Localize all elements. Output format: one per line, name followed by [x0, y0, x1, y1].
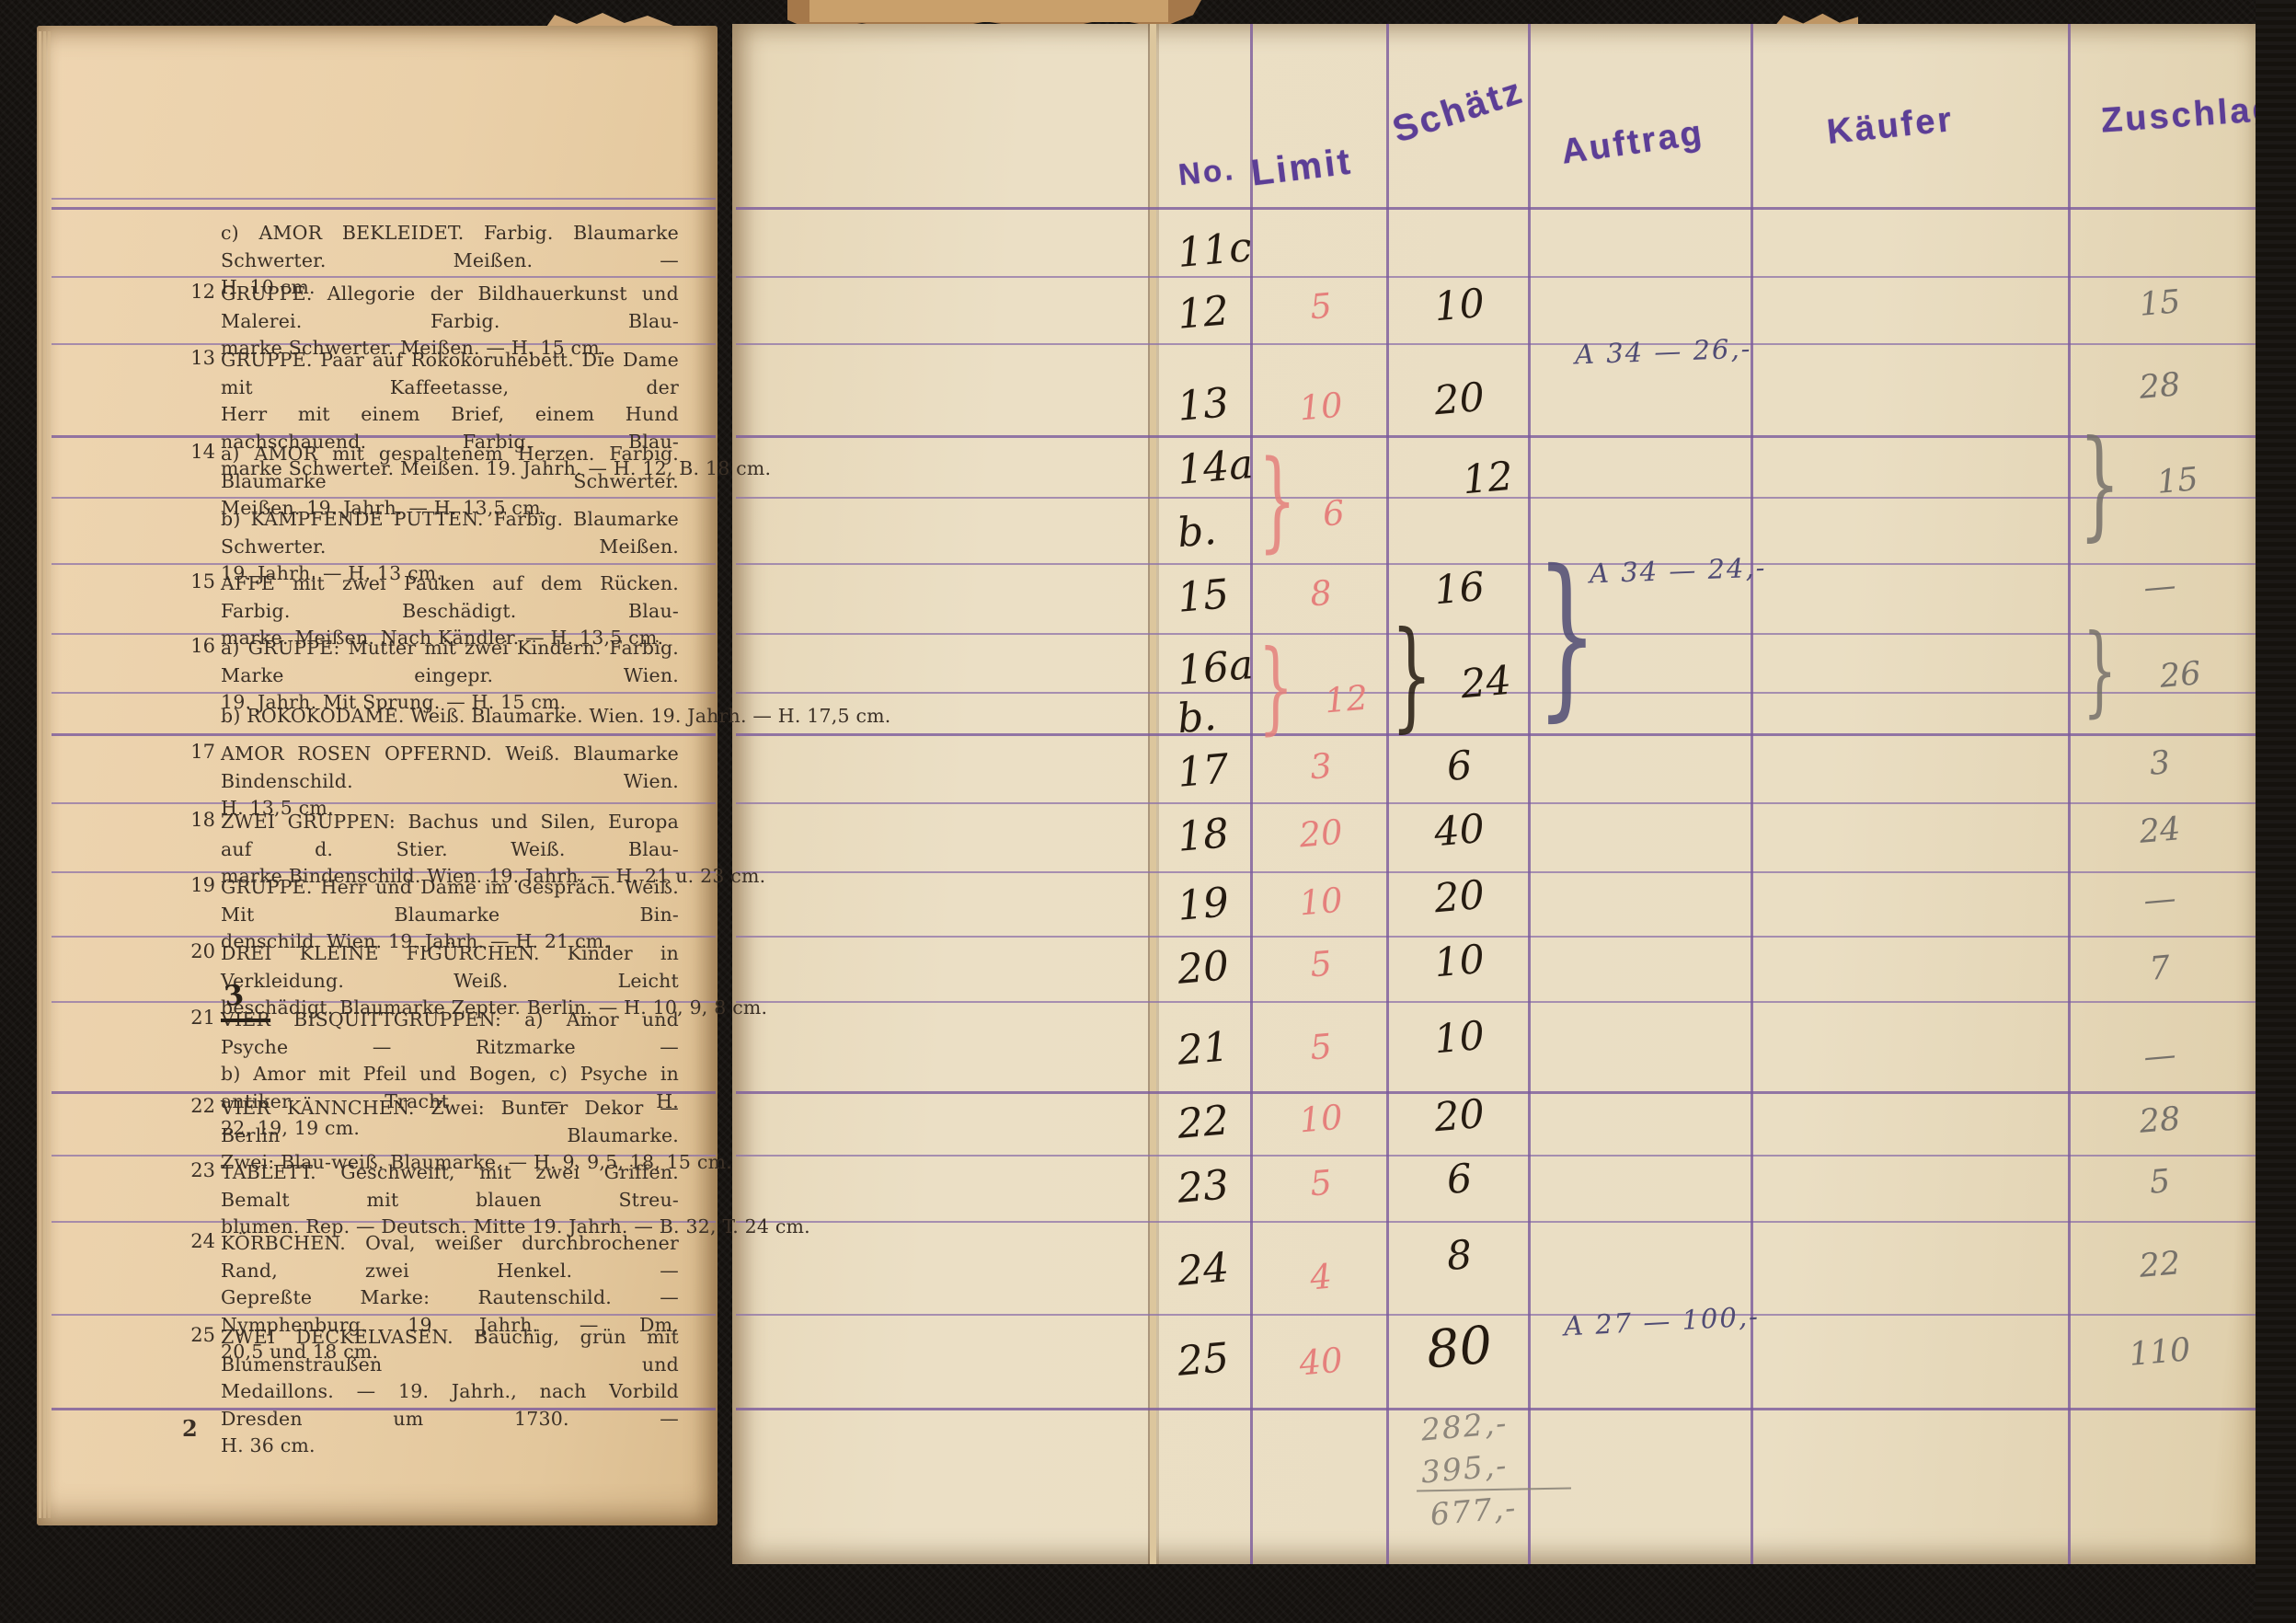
row-no: 13 — [1176, 379, 1231, 431]
group-brace: } — [2083, 622, 2117, 720]
binding-cloth — [2256, 0, 2296, 1623]
catalog-entry-number: 18 — [180, 809, 215, 831]
catalog-entry-line: GRUPPE. Allegorie der Bildhauerkunst und… — [221, 281, 679, 308]
catalog-entry-line: ZWEI GRUPPEN: Bachus und Silen, Europa a… — [221, 809, 679, 836]
catalog-entry-line: b) KÄMPFENDE PUTTEN. Farbig. Blaumarke S… — [221, 506, 679, 534]
catalog-entry-number: 17 — [180, 741, 215, 763]
catalog-entry-number: 25 — [180, 1324, 215, 1346]
row-no: 15 — [1176, 570, 1231, 622]
group-zuschlag: 15 — [2155, 461, 2199, 501]
ruled-line — [52, 198, 716, 200]
catalog-entry: 19GRUPPE. Herr und Dame im Gespräch. Wei… — [221, 874, 679, 928]
catalog-entry-line: KÖRBCHEN. Oval, weißer durchbrochener Ra… — [221, 1230, 679, 1258]
group-limit: 6 — [1321, 493, 1346, 535]
catalog-entry-line: c) AMOR BEKLEIDET. Farbig. Blaumarke Sch… — [221, 220, 679, 247]
column-line — [1751, 24, 1753, 1564]
ruled-line — [736, 1001, 2256, 1003]
catalog-entry: 20DREI KLEINE FIGÜRCHEN. Kinder in Verkl… — [221, 940, 679, 995]
group-brace: } — [1391, 616, 1432, 735]
catalog-entry-line: Herr mit einem Brief, einem Hund nachsch… — [221, 401, 679, 429]
catalog-entry-line: GRUPPE. Paar auf Rokokoruhebett. Die Dam… — [221, 347, 679, 374]
catalog-entry: 25ZWEI DECKELVASEN. Bauchig, grün mit Bl… — [221, 1324, 679, 1406]
catalog-entry: 22VIER KÄNNCHEN. Zwei: Bunter Dekor — Be… — [221, 1095, 679, 1149]
group-limit: 12 — [1323, 678, 1370, 721]
catalog-entry-line: ZWEI DECKELVASEN. Bauchig, grün mit Blum… — [221, 1324, 679, 1352]
torn-paper-edge-inner — [809, 0, 1168, 22]
catalog-entry-number: 22 — [180, 1095, 215, 1117]
row-no: 23 — [1176, 1161, 1231, 1213]
row-no: 16a — [1176, 641, 1255, 695]
column-header-stamp: No. — [1177, 152, 1237, 192]
catalog-entry: b) KÄMPFENDE PUTTEN. Farbig. Blaumarke S… — [221, 506, 679, 560]
catalog-entry-line: VIER KÄNNCHEN. Zwei: Bunter Dekor — Berl… — [221, 1095, 679, 1122]
catalog-entry-number: 24 — [180, 1230, 215, 1252]
catalog-entry-number: 20 — [180, 940, 215, 962]
scanned-catalog-spread: No.LimitSchätzAuftragKäuferZuschlagc) AM… — [0, 0, 2296, 1623]
ruled-line — [52, 733, 716, 736]
catalog-entry-line: b) ROKOKODAME. Weiß. Blaumarke. Wien. 19… — [221, 703, 679, 731]
ruled-line — [736, 276, 2256, 278]
ruled-line — [736, 343, 2256, 345]
column-line — [1386, 24, 1389, 1564]
column-line — [2068, 24, 2071, 1564]
catalog-entry-line: a) AMOR mit gespaltenem Herzen. Farbig. … — [221, 441, 679, 468]
catalog-entry-number: 14 — [180, 441, 215, 463]
row-no: 11c — [1176, 224, 1254, 277]
catalog-entry-number: 15 — [180, 570, 215, 593]
row-no: 25 — [1176, 1334, 1231, 1386]
ruled-line — [736, 633, 2256, 635]
row-no: 14a — [1176, 441, 1255, 494]
catalog-entry-number: 12 — [180, 281, 215, 303]
row-no: 17 — [1176, 745, 1231, 797]
group-schaetz: 12 — [1461, 454, 1515, 504]
header-separator-line — [52, 207, 716, 210]
auftrag-note: A 34 — 24,- — [1589, 552, 1766, 590]
row-no: 21 — [1176, 1023, 1231, 1075]
ruled-line — [736, 733, 2256, 736]
row-no: 12 — [1176, 287, 1231, 339]
page-number: 2 — [182, 1415, 198, 1442]
catalog-entry: 17AMOR ROSEN OPFERND. Weiß. Blaumarke Bi… — [221, 741, 679, 795]
header-separator-line — [736, 207, 2256, 210]
catalog-entry: 24KÖRBCHEN. Oval, weißer durchbrochener … — [221, 1230, 679, 1312]
catalog-entry-number: 16 — [180, 635, 215, 657]
pencil-correction: 3 — [223, 982, 246, 1011]
group-schaetz: 24 — [1459, 658, 1513, 708]
catalog-entry-line: Gepreßte Marke: Rautenschild. — Nymphenb… — [221, 1284, 679, 1312]
group-brace: } — [1258, 445, 1296, 554]
catalog-entry-number: 21 — [180, 1007, 215, 1029]
ruled-line — [736, 435, 2256, 438]
row-no: 18 — [1176, 810, 1231, 861]
row-no: 22 — [1176, 1097, 1231, 1148]
catalog-entry: 13GRUPPE. Paar auf Rokokoruhebett. Die D… — [221, 347, 679, 429]
catalog-entry: 23TABLETT. Geschweift, mit zwei Griffen.… — [221, 1159, 679, 1214]
row-no: 19 — [1176, 879, 1231, 930]
row-no: 20 — [1176, 942, 1231, 994]
row-schaetz: 80 — [1390, 1312, 1528, 1383]
catalog-entry-line: H. 36 cm. — [221, 1433, 679, 1460]
catalog-entry-number: 23 — [180, 1159, 215, 1181]
catalog-entry: 15AFFE mit zwei Pauken auf dem Rücken. F… — [221, 570, 679, 625]
ruled-line — [736, 1221, 2256, 1223]
row-no: b. — [1176, 693, 1218, 742]
catalog-entry-line: VIER BISQUITTGRUPPEN: a) Amor und Psyche… — [221, 1007, 679, 1034]
group-zuschlag: 26 — [2158, 655, 2202, 696]
catalog-entry-line: Medaillons. — 19. Jahrh., nach Vorbild D… — [221, 1378, 679, 1406]
catalog-entry-line: AMOR ROSEN OPFERND. Weiß. Blaumarke Bind… — [221, 741, 679, 768]
row-no: 24 — [1176, 1244, 1231, 1295]
catalog-entry-line: DREI KLEINE FIGÜRCHEN. Kinder in Verklei… — [221, 940, 679, 968]
group-brace: } — [2079, 425, 2120, 544]
catalog-entry: b) ROKOKODAME. Weiß. Blaumarke. Wien. 19… — [221, 703, 679, 731]
catalog-entry-line: GRUPPE. Herr und Dame im Gespräch. Weiß.… — [221, 874, 679, 902]
catalog-entry: 14a) AMOR mit gespaltenem Herzen. Farbig… — [221, 441, 679, 495]
catalog-entry-line: a) GRUPPE: Mutter mit zwei Kindern. Farb… — [221, 635, 679, 662]
auftrag-note: A 34 — 26,- — [1574, 333, 1751, 371]
catalog-entry-line: AFFE mit zwei Pauken auf dem Rücken. Far… — [221, 570, 679, 598]
catalog-entry: 12GRUPPE. Allegorie der Bildhauerkunst u… — [221, 281, 679, 335]
catalog-entry-line: TABLETT. Geschweift, mit zwei Griffen. B… — [221, 1159, 679, 1187]
catalog-entry: 18ZWEI GRUPPEN: Bachus und Silen, Europa… — [221, 809, 679, 863]
underlying-page-edge — [1148, 24, 1166, 1564]
column-line — [1528, 24, 1531, 1564]
catalog-entry-number: 19 — [180, 874, 215, 896]
catalog-entry-line: b) Amor mit Pfeil und Bogen, c) Psyche i… — [221, 1061, 679, 1088]
group-brace: } — [1536, 548, 1598, 724]
page-stack-edge — [43, 31, 46, 1518]
group-brace: } — [1258, 637, 1293, 737]
page-stack-edge — [48, 31, 51, 1518]
catalog-entry: c) AMOR BEKLEIDET. Farbig. Blaumarke Sch… — [221, 220, 679, 274]
catalog-entry: 16a) GRUPPE: Mutter mit zwei Kindern. Fa… — [221, 635, 679, 689]
catalog-entry: 21VIER BISQUITTGRUPPEN: a) Amor und Psyc… — [221, 1007, 679, 1088]
catalog-entry-number: 13 — [180, 347, 215, 369]
page-stack-edge — [39, 31, 41, 1518]
row-no: b. — [1176, 507, 1218, 557]
